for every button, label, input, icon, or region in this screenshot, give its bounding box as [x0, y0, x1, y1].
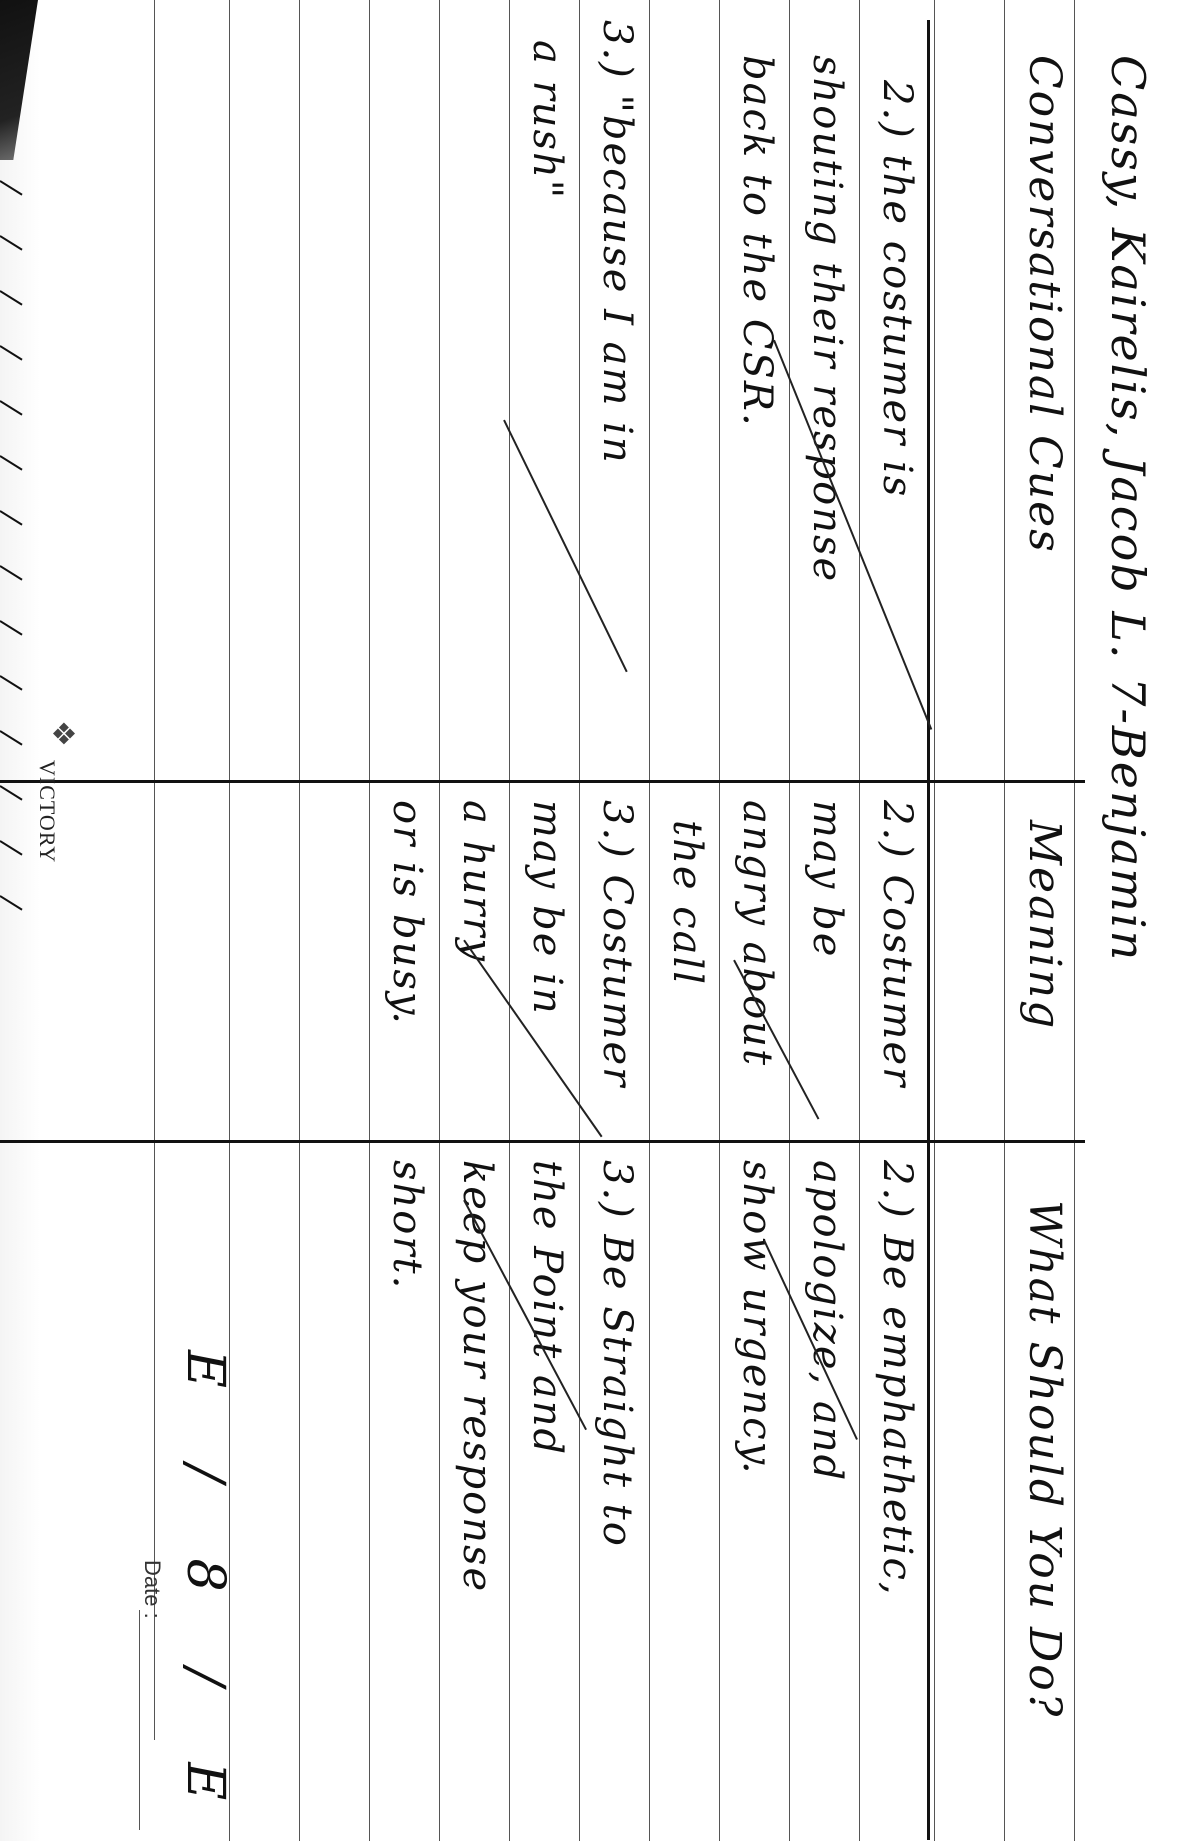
ruled-line [719, 0, 720, 1841]
column-divider [0, 1140, 1085, 1143]
ruled-line [789, 0, 790, 1841]
page-title: Cassy, Kairelis, Jacob L. 7-Benjamin [1101, 55, 1155, 962]
column-divider [0, 780, 1085, 783]
row1-cue-line2: shouting their response [804, 55, 850, 583]
row2-action-line2: the Point and [524, 1160, 570, 1456]
row2-cue-line2: a rush" [524, 40, 570, 200]
row1-cue-line1: 2.) the costumer is [874, 80, 920, 498]
row1-meaning-line2: may be [804, 800, 850, 958]
row2-meaning-line4: or is busy. [384, 800, 430, 1026]
ruled-line [649, 0, 650, 1841]
row2-action-line4: short. [384, 1160, 430, 1290]
notebook-page: Cassy, Kairelis, Jacob L. 7-Benjamin Dat… [0, 0, 1185, 1841]
ruled-line [154, 0, 155, 1740]
row2-action-line1: 3.) Be Straight to [594, 1160, 640, 1548]
row1-action-line3: show urgency. [734, 1160, 780, 1476]
row2-meaning-line3: a hurry [454, 800, 500, 963]
ruled-line [509, 0, 510, 1841]
ruled-line [1074, 0, 1075, 1841]
ruled-line [934, 0, 935, 1841]
ruled-line [439, 0, 440, 1841]
ruled-line [299, 0, 300, 1841]
row2-meaning-line1: 3.) Costumer [594, 800, 640, 1088]
row1-meaning-line3: angry about [734, 800, 780, 1067]
ruled-line [369, 0, 370, 1841]
date-value: E / 8 / E [175, 1350, 235, 1830]
row2-meaning-line2: may be in [524, 800, 570, 1016]
brand-name: VICTORY [34, 760, 60, 863]
date-label: Date : [139, 1560, 165, 1619]
row1-cue-line3: back to the CSR. [734, 55, 780, 428]
row2-cue-line1: 3.) "because I am in [594, 20, 640, 465]
row1-action-line2: apologize, and [804, 1160, 850, 1482]
row1-meaning-line1: 2.) Costumer [874, 800, 920, 1088]
column-header-cues: Conversational Cues [1019, 55, 1070, 554]
column-header-action: What Should You Do? [1019, 1200, 1070, 1718]
date-underline [139, 1610, 140, 1830]
victory-logo-icon: ❖ [45, 720, 80, 747]
ruled-line [579, 0, 580, 1841]
row1-action-line1: 2.) Be emphathetic, [874, 1160, 920, 1597]
ruled-line [1004, 0, 1005, 1841]
table-header-divider [927, 20, 930, 1840]
ruled-line [859, 0, 860, 1841]
row1-meaning-line4: the call [664, 820, 710, 986]
column-header-meaning: Meaning [1019, 820, 1070, 1030]
